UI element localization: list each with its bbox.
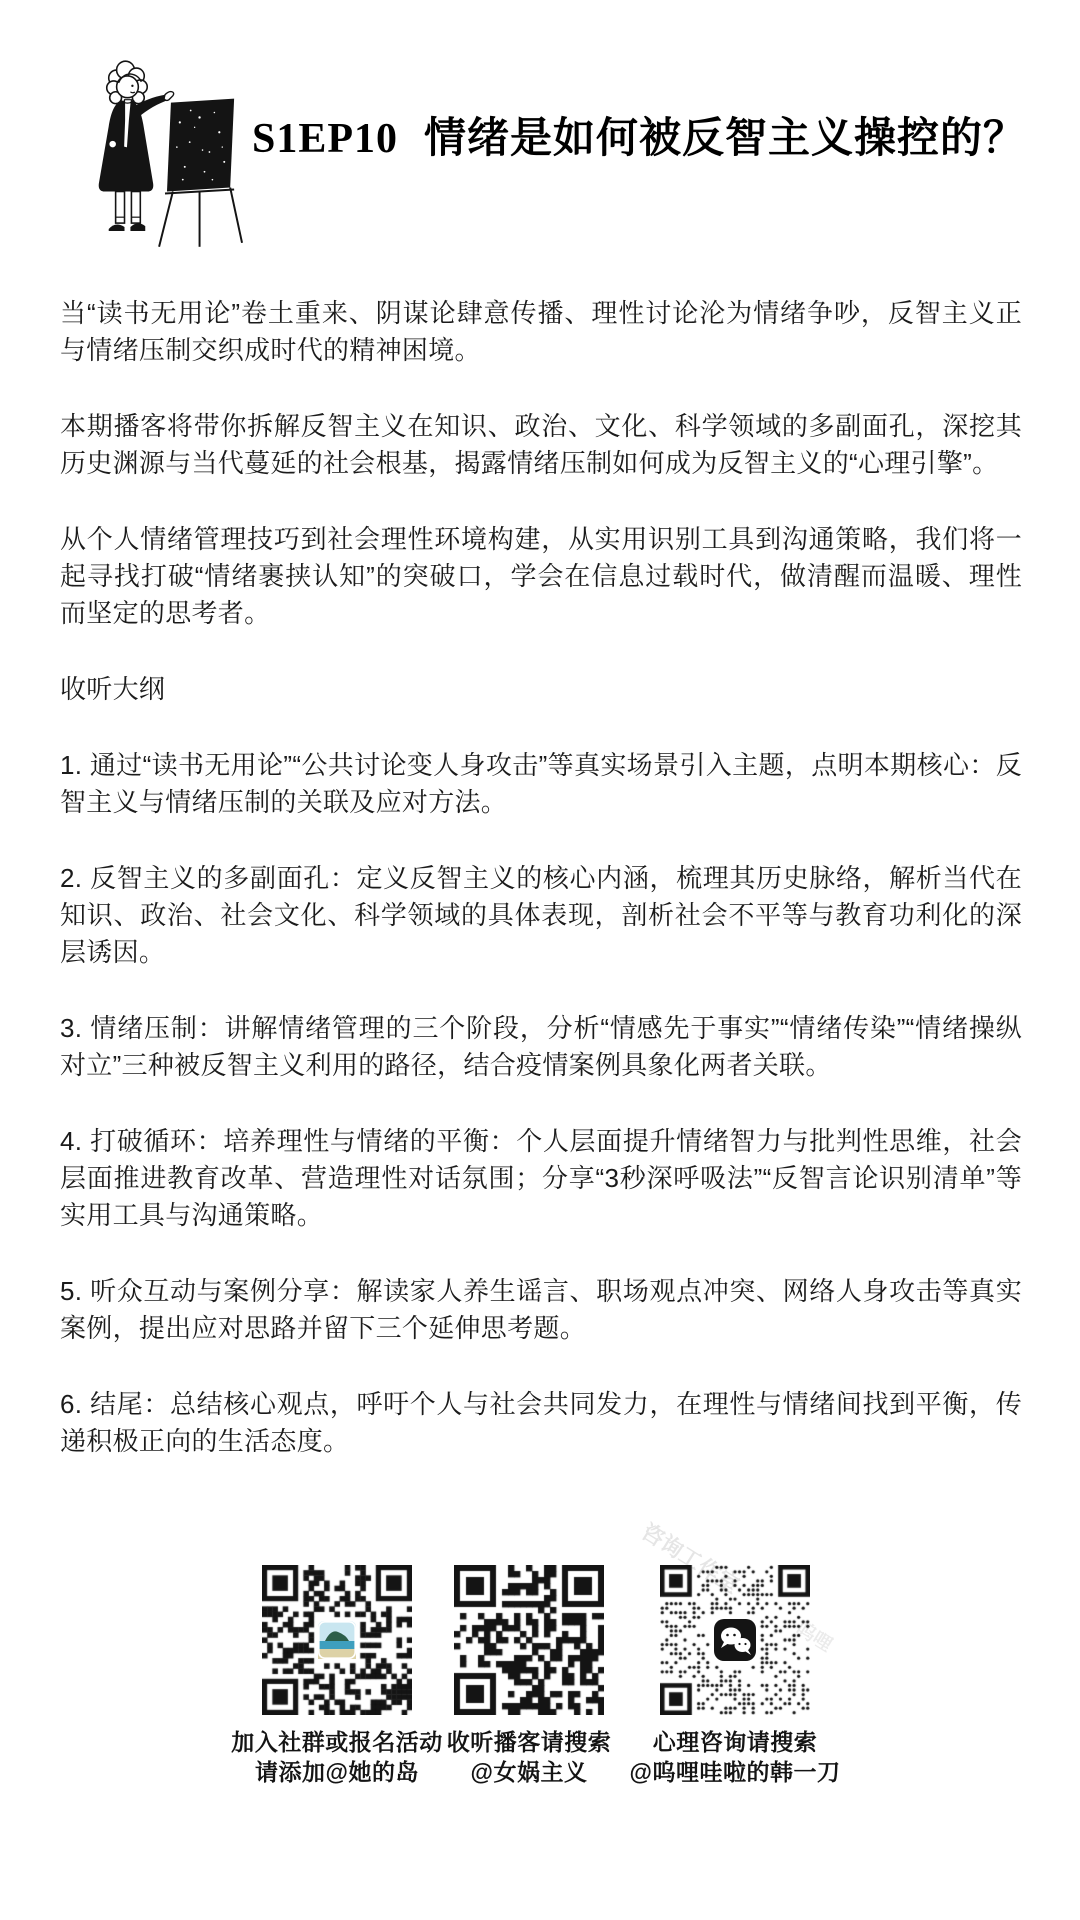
- island-photo-logo-icon: [315, 1618, 359, 1662]
- page-title: S1EP10情绪是如何被反智主义操控的？: [252, 108, 1026, 170]
- outline-item-6: 6. 结尾：总结核心观点，呼吁个人与社会共同发力，在理性与情绪间找到平衡，传递积…: [60, 1386, 1022, 1460]
- outline-item-5: 5. 听众互动与案例分享：解读家人养生谣言、职场观点冲突、网络人身攻击等真实案例…: [60, 1273, 1022, 1347]
- qr-caption-line1: 收听播客请搜索: [419, 1727, 639, 1757]
- qr-code-counseling: [660, 1565, 810, 1715]
- qr-item-counseling: 心理咨询请搜索 @呜哩哇啦的韩一刀: [625, 1565, 845, 1787]
- qr-caption-line2: @呜哩哇啦的韩一刀: [625, 1757, 845, 1787]
- episode-title: 情绪是如何被反智主义操控的？: [424, 116, 1026, 162]
- qr-code-podcast: [454, 1565, 604, 1715]
- qr-caption-line1: 加入社群或报名活动: [227, 1727, 447, 1757]
- outline-heading: 收听大纲: [60, 671, 1022, 708]
- qr-code-community: [262, 1565, 412, 1715]
- qr-item-podcast: 收听播客请搜索 @女娲主义: [419, 1565, 639, 1787]
- podcast-poster-page: S1EP10情绪是如何被反智主义操控的？ 当“读书无用论”卷土重来、阴谋论肆意传…: [0, 0, 1080, 1920]
- outline-item-4: 4. 打破循环：培养理性与情绪的平衡：个人层面提升情绪智力与批判性思维，社会层面…: [60, 1123, 1022, 1234]
- easel-board-icon: [159, 99, 242, 247]
- intro-paragraph-3: 从个人情绪管理技巧到社会理性环境构建，从实用识别工具到沟通策略，我们将一起寻找打…: [60, 521, 1022, 632]
- qr-caption-line2: 请添加@她的岛: [227, 1757, 447, 1787]
- wechat-logo-icon: [711, 1616, 759, 1664]
- teacher-easel-illustration: [86, 52, 244, 252]
- qr-item-community: 加入社群或报名活动 请添加@她的岛: [227, 1565, 447, 1787]
- outline-item-2: 2. 反智主义的多副面孔：定义反智主义的核心内涵，梳理其历史脉络，解析当代在知识…: [60, 860, 1022, 971]
- episode-code: S1EP10: [252, 116, 398, 162]
- qr-canvas: [454, 1565, 604, 1715]
- qr-caption-line2: @女娲主义: [419, 1757, 639, 1787]
- outline-item-1: 1. 通过“读书无用论”“公共讨论变人身攻击”等真实场景引入主题，点明本期核心：…: [60, 747, 1022, 821]
- intro-paragraph-2: 本期播客将带你拆解反智主义在知识、政治、文化、科学领域的多副面孔，深挖其历史渊源…: [60, 408, 1022, 482]
- outline-item-3: 3. 情绪压制：讲解情绪管理的三个阶段，分析“情感先于事实”“情绪传染”“情绪操…: [60, 1010, 1022, 1084]
- intro-paragraph-1: 当“读书无用论”卷土重来、阴谋论肆意传播、理性讨论沦为情绪争吵，反智主义正与情绪…: [60, 295, 1022, 369]
- qr-caption-line1: 心理咨询请搜索: [625, 1727, 845, 1757]
- woman-figure-icon: [99, 61, 174, 231]
- episode-description: 当“读书无用论”卷土重来、阴谋论肆意传播、理性讨论沦为情绪争吵，反智主义正与情绪…: [60, 295, 1022, 1460]
